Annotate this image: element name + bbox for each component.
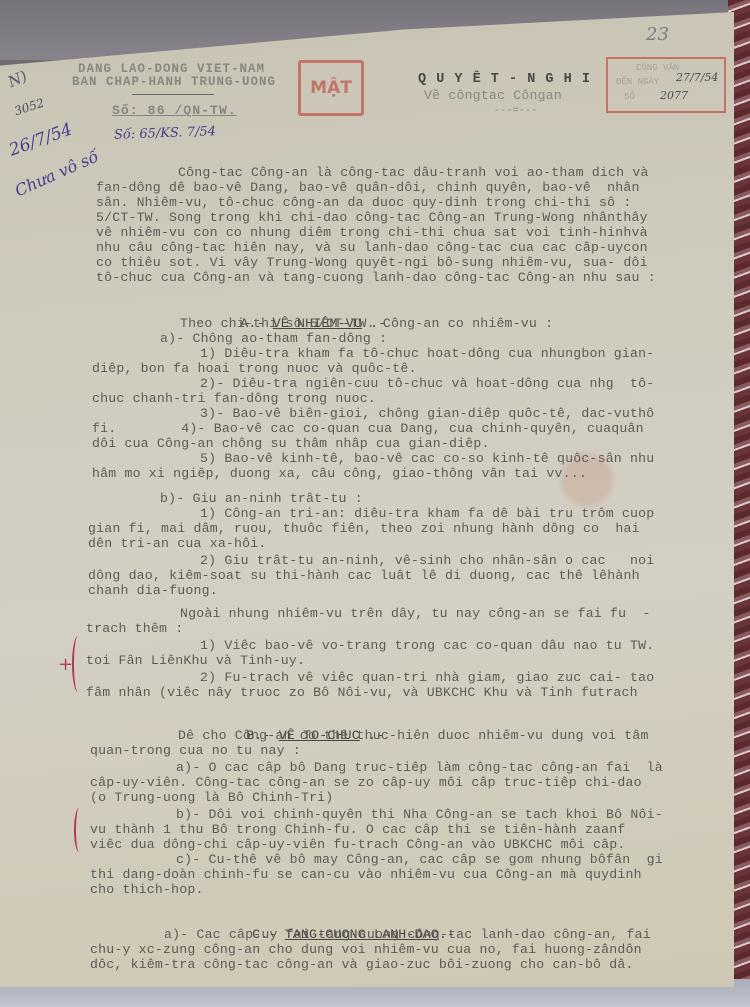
received-stamp-label-3: SỐ <box>624 92 635 102</box>
section-b-line-3: a)- O cac câp bô Dang truc-tiêp làm công… <box>176 760 663 775</box>
extra-item-1-cont: toi Fân LiênKhu và Tinh-uy. <box>86 653 305 668</box>
intro-line-6: nhu câu công-tac hiên nay, và su lanh-da… <box>96 240 648 255</box>
document-number: Số: 86 /QN-TW. <box>112 103 237 118</box>
section-a-item-5-cont: hâm mo xi ngiêp, duong xa, câu công, gia… <box>92 466 587 481</box>
received-stamp: CÔNG VĂN ĐẾN NGÀY SỐ 27/7/54 2077 <box>606 57 726 113</box>
extra-lead-2: trach thêm : <box>86 621 183 636</box>
section-a-item-4: fi. 4)- Bao-vê cac co-quan cua Dang, cua… <box>92 421 644 436</box>
extra-item-2: 2) Fu-trach vê viêc quan-tri nhà giam, g… <box>200 670 654 685</box>
intro-line-3: sân. Nhiêm-vu, tô-chuc công-an da duoc q… <box>96 195 632 210</box>
section-b-item-1: 1) Công-an tri-an: diêu-tra kham fa dê b… <box>200 506 654 521</box>
received-stamp-label-1: CÔNG VĂN <box>636 63 679 73</box>
intro-line-8: tô-chuc cua Công-an và tang-cuong lanh-d… <box>96 270 656 285</box>
section-b-line-9: c)- Cu-thê vê bô may Công-an, cac câp se… <box>176 852 663 867</box>
section-c-line-1: a)- Cac câp-uy fai tang-cuong công-tac l… <box>164 927 651 942</box>
section-c-line-2: chu-y xc-zung công-an cho dung voi nhiêm… <box>90 942 642 957</box>
section-b-item-2-cont: dông dao, kiêm-soat su thi-hành cac luât… <box>88 568 640 583</box>
received-stamp-label-2: ĐẾN NGÀY <box>616 77 659 87</box>
section-b-item-1-cont: gian fi, mai dâm, ruou, thuôc fiên, theo… <box>88 521 640 536</box>
section-a-item-1-cont: diêp, bon fa hoai trong nuoc và quôc-tê. <box>92 361 417 376</box>
section-b-line-6: b)- Dôi voi chinh-quyên thi Nha Công-an … <box>176 807 663 822</box>
section-a-item-5: 5) Bao-vê kinh-tê, bao-vê cac co-so kinh… <box>200 451 654 466</box>
section-a-lead: Theo chi-thi sô 5/CT-TW. Công-an co nhiê… <box>180 316 553 331</box>
secret-stamp-label: MẬT <box>310 78 352 98</box>
received-date: 27/7/54 <box>676 71 718 84</box>
section-b-line-5: (o Trung-uong là Bô Chinh-Tri) <box>90 790 333 805</box>
intro-line-1: Công-tac Công-an là công-tac dâu-tranh v… <box>178 165 649 180</box>
section-b-item-1-cont2: dên tri-an cua xa-hôi. <box>88 536 267 551</box>
section-a-item-1: 1) Diêu-tra kham fa tô-chuc hoat-dông cu… <box>200 346 654 361</box>
plus-mark: + <box>58 654 73 675</box>
secret-stamp: MẬT <box>298 60 364 116</box>
section-b-line-4: câp-uy-viên. Công-tac công-an se zo câp-… <box>90 775 642 790</box>
section-a-sub-a: a)- Chông ao-tham fan-dông : <box>160 331 387 346</box>
section-b-line-2: quan-trong cua no tu nay : <box>90 743 301 758</box>
section-c-line-3: dôc, kiêm-tra công-tac công-an và giao-z… <box>90 957 634 972</box>
section-a-item-3: 3)- Bao-vê biên-gioi, chông gian-diêp qu… <box>200 406 654 421</box>
extra-lead: Ngoài nhung nhiêm-vu trên dây, tu nay cô… <box>180 606 651 621</box>
extra-item-2-cont: fâm nhân (viêc nây truoc zo Bô Nôi-vu, v… <box>86 685 638 700</box>
section-b-line-8: viêc dua dông-chi câp-uy-viên fu-trach C… <box>90 837 626 852</box>
section-a-item-4-cont: dôi cua Công-an chông su thâm nhâp cua g… <box>92 436 490 451</box>
received-number: 2077 <box>660 89 688 102</box>
intro-line-5: vê nhiêm-vu con co nhung diêm trong chi-… <box>96 225 648 240</box>
extra-item-1: 1) Viêc bao-vê vo-trang trong cac co-qua… <box>200 638 654 653</box>
section-a-item-2: 2)- Diêu-tra ngiên-cuu tô-chuc và hoat-d… <box>200 376 654 391</box>
page-mark: 23 <box>646 24 669 45</box>
committee-name: BAN CHAP-HANH TRUNG-UONG <box>72 75 276 90</box>
intro-line-2: fan-dông dê bao-vê Dang, bao-vê quân-dôi… <box>96 180 640 195</box>
section-b-line-10: thi dang-doàn chinh-fu se can-cu vào nhi… <box>90 867 642 882</box>
intro-line-4: 5/CT-TW. Song trong khi chi-dao công-tac… <box>96 210 648 225</box>
margin-bracket-1 <box>72 636 84 692</box>
section-b-line-1: Dê cho Công-an co thê thuc-hiên duoc nhi… <box>178 728 649 743</box>
header-divider <box>132 94 214 95</box>
title-divider: ---=--- <box>494 104 537 119</box>
section-b-line-7: vu thành 1 thu Bô trong Chinh-fu. O cac … <box>90 822 626 837</box>
section-a-sub-b: b)- Giu an-ninh trât-tu : <box>160 491 363 506</box>
intro-line-7: co thiêu sot. Vi vây Trung-Wong quyêt-ng… <box>96 255 648 270</box>
document-subtitle: Về côngtac Côngan <box>424 88 562 103</box>
section-a-item-2-cont: chuc chanh-tri fan-dông trong nuoc. <box>92 391 376 406</box>
section-b-item-2: 2) Giu trât-tu an-ninh, vê-sinh cho nhân… <box>200 553 654 568</box>
section-b-item-2-cont2: chanh dia-fuong. <box>88 583 218 598</box>
section-b-line-11: cho thich-hop. <box>90 882 204 897</box>
margin-bracket-2 <box>74 808 84 852</box>
document-title: Q U Y Ê T - N G H I <box>418 72 591 87</box>
